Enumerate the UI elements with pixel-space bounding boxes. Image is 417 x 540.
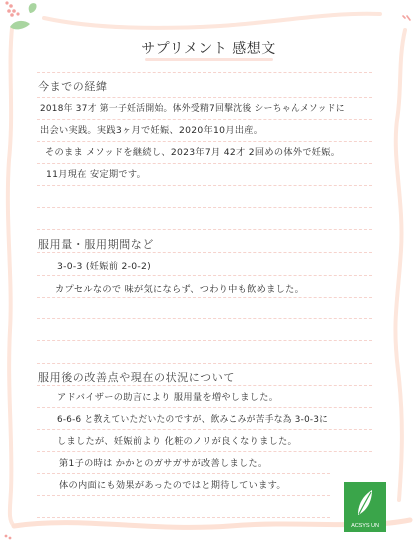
ruled-line: [37, 363, 372, 364]
handwritten-line: カプセルなので 味が気にならず、つわり中も飲めました。: [55, 281, 304, 295]
title-underline: [145, 58, 273, 61]
ruled-line: [37, 207, 372, 208]
ruled-line: [37, 340, 372, 341]
handwritten-line: 6-6-6 と教えていただいたのですが、飲みこみが苦手な為 3-0-3に: [57, 411, 328, 425]
logo-text: ACSYS UN: [351, 523, 379, 529]
handwritten-line: 体の内面にも効果があったのではと期待しています。: [59, 477, 286, 491]
ruled-line: [37, 141, 372, 142]
page-title: サプリメント 感想文: [0, 38, 417, 58]
section-label-improvements: 服用後の改善点や現在の状況について: [38, 369, 235, 385]
ruled-line: [37, 451, 372, 452]
leaf-icon: [356, 489, 374, 517]
ruled-line: [37, 185, 372, 186]
ruled-line: [37, 429, 372, 430]
handwritten-line: 出会い実践。実践3ヶ月で妊娠、2020年10月出産。: [40, 122, 263, 136]
ruled-line: [37, 517, 330, 518]
brand-logo: ACSYS UN: [344, 482, 386, 532]
ruled-line: [37, 97, 372, 98]
ruled-line: [37, 495, 330, 496]
ruled-line: [37, 229, 372, 230]
handwritten-line: 11月現在 安定期です。: [46, 166, 146, 180]
ruled-line: [37, 385, 372, 386]
handwritten-line: アドバイザーの助言により 服用量を増やしました。: [57, 389, 278, 403]
handwritten-line: そのまま メソッドを継続し、2023年7月 42才 2回めの体外で妊娠。: [45, 144, 340, 158]
ruled-line: [37, 473, 330, 474]
ruled-line: [37, 275, 372, 276]
ruled-line: [37, 297, 372, 298]
ruled-line: [37, 318, 372, 319]
handwritten-line: 2018年 37才 第一子妊活開始。体外受精7回撃沈後 シーちゃんメソッドに: [40, 100, 345, 114]
handwritten-line: 第1子の時は かかとのガサガサが改善しました。: [59, 455, 267, 469]
handwritten-line: 3-0-3 (妊娠前 2-0-2): [57, 258, 151, 272]
ruled-line: [37, 163, 372, 164]
ruled-line: [37, 252, 372, 253]
ruled-line: [37, 72, 372, 73]
ruled-line: [37, 407, 372, 408]
section-label-history: 今までの経緯: [38, 78, 108, 94]
leaf-ornament-icon: [5, 1, 36, 29]
handwritten-line: しましたが、妊娠前より 化粧のノリが良くなりました。: [57, 433, 297, 447]
ruled-line: [37, 119, 372, 120]
section-label-dosage: 服用量・服用期間など: [38, 236, 154, 252]
